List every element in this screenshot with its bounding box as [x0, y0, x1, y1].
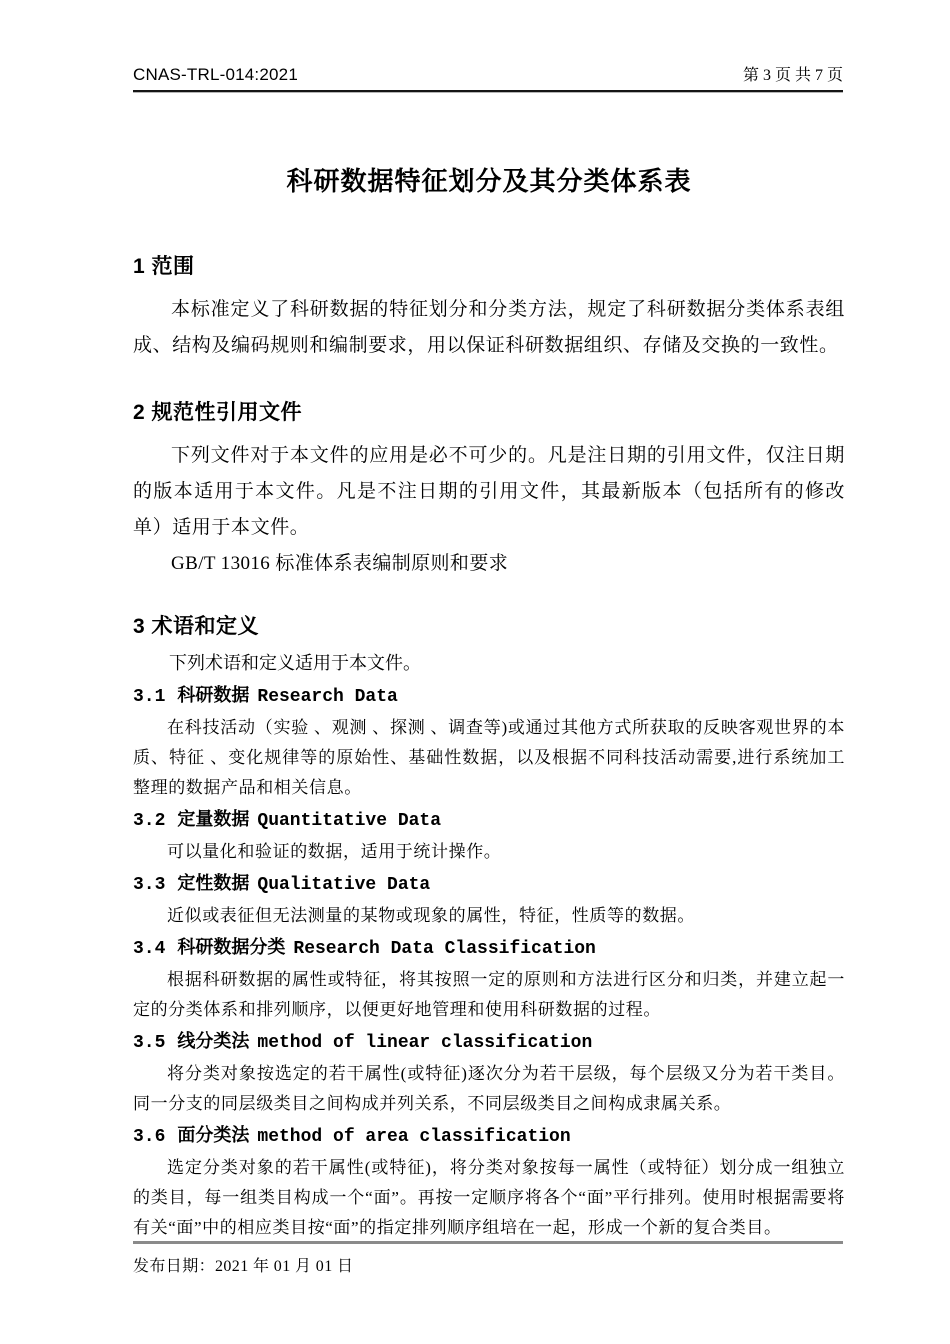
paragraph: 下列文件对于本文件的应用是必不可少的。凡是注日期的引用文件，仅注日期的版本适用于… — [133, 438, 845, 546]
term-en: Research Data Classification — [293, 939, 595, 959]
page-number: 第 3 页 共 7 页 — [743, 62, 843, 85]
term-definition: 可以量化和验证的数据，适用于统计操作。 — [133, 837, 845, 867]
document-page: CNAS-TRL-014:2021 第 3 页 共 7 页 科研数据特征划分及其… — [0, 0, 950, 1344]
document-code: CNAS-TRL-014:2021 — [133, 65, 298, 85]
term-heading-3-2: 3.2定量数据Quantitative Data — [133, 803, 845, 837]
term-heading-3-1: 3.1科研数据Research Data — [133, 679, 845, 713]
footer-rule — [133, 1241, 843, 1244]
term-en: method of linear classification — [257, 1033, 592, 1053]
section-heading-1: 1 范围 — [133, 252, 845, 282]
term-definition: 将分类对象按选定的若干属性(或特征)逐次分为若干层级，每个层级又分为若干类目。同… — [133, 1059, 845, 1119]
page-header-row: CNAS-TRL-014:2021 第 3 页 共 7 页 — [133, 62, 843, 85]
section-heading-3: 3 术语和定义 — [133, 612, 845, 642]
term-zh: 定性数据 — [177, 873, 249, 893]
term-zh: 科研数据分类 — [177, 937, 285, 957]
term-heading-3-6: 3.6面分类法method of area classification — [133, 1119, 845, 1153]
page-footer: 发布日期：2021 年 01 月 01 日 — [133, 1241, 843, 1276]
terms-intro: 下列术语和定义适用于本文件。 — [133, 648, 845, 679]
release-date: 发布日期：2021 年 01 月 01 日 — [133, 1253, 843, 1276]
term-zh: 定量数据 — [177, 809, 249, 829]
document-body: 科研数据特征划分及其分类体系表 1 范围 本标准定义了科研数据的特征划分和分类方… — [133, 150, 845, 1243]
term-zh: 面分类法 — [177, 1125, 249, 1145]
term-number: 3.3 — [133, 875, 165, 895]
term-number: 3.4 — [133, 939, 165, 959]
paragraph: 本标准定义了科研数据的特征划分和分类方法，规定了科研数据分类体系表组成、结构及编… — [133, 292, 845, 364]
term-definition: 近似或表征但无法测量的某物或现象的属性，特征，性质等的数据。 — [133, 901, 845, 931]
term-zh: 线分类法 — [177, 1031, 249, 1051]
term-en: Research Data — [257, 687, 397, 707]
normative-reference: GB/T 13016 标准体系表编制原则和要求 — [133, 546, 845, 582]
term-number: 3.5 — [133, 1033, 165, 1053]
term-number: 3.6 — [133, 1127, 165, 1147]
term-heading-3-4: 3.4科研数据分类Research Data Classification — [133, 931, 845, 965]
document-title: 科研数据特征划分及其分类体系表 — [133, 164, 845, 198]
page-header: CNAS-TRL-014:2021 第 3 页 共 7 页 — [133, 62, 843, 93]
term-number: 3.1 — [133, 687, 165, 707]
term-number: 3.2 — [133, 811, 165, 831]
term-en: Quantitative Data — [257, 811, 441, 831]
term-zh: 科研数据 — [177, 685, 249, 705]
term-en: Qualitative Data — [257, 875, 430, 895]
term-heading-3-5: 3.5线分类法method of linear classification — [133, 1025, 845, 1059]
term-en: method of area classification — [257, 1127, 570, 1147]
term-definition: 根据科研数据的属性或特征，将其按照一定的原则和方法进行区分和归类，并建立起一定的… — [133, 965, 845, 1025]
term-definition: 在科技活动（实验 、观测 、探测 、调查等)或通过其他方式所获取的反映客观世界的… — [133, 713, 845, 803]
section-heading-2: 2 规范性引用文件 — [133, 398, 845, 428]
term-heading-3-3: 3.3定性数据Qualitative Data — [133, 867, 845, 901]
header-rule-shadow — [133, 92, 843, 93]
term-definition: 选定分类对象的若干属性(或特征)，将分类对象按每一属性（或特征）划分成一组独立的… — [133, 1153, 845, 1243]
